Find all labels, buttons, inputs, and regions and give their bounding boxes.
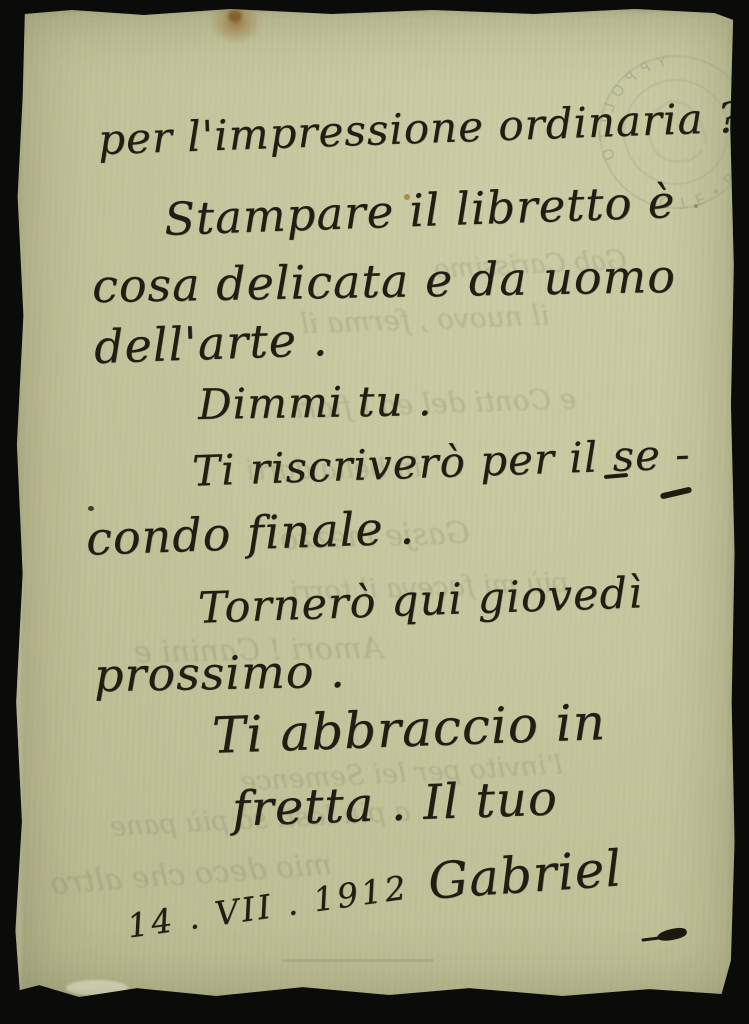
ink-blot <box>656 926 688 943</box>
handwritten-line-11: fretta . Il tuo <box>231 774 558 833</box>
handwritten-line-9: prossimo . <box>94 648 346 698</box>
handwritten-line-7: condo finale . <box>85 504 415 561</box>
speck-mark <box>88 506 94 511</box>
handwritten-line-6: Ti riscriverò per il se - <box>191 433 691 492</box>
signature: Gabriel <box>426 843 623 906</box>
paper-deckle-chip <box>66 980 128 996</box>
handwritten-line-2: Stampare il libretto è <box>163 179 676 242</box>
stain-mark-core <box>228 10 242 22</box>
stain-mark <box>210 2 262 44</box>
handwritten-line-4: dell'arte . <box>93 316 329 370</box>
handwritten-line-5: Dimmi tu . <box>198 380 433 426</box>
handwritten-line-10: Ti abbraccio in <box>211 697 606 761</box>
paper-torn-edge-highlight <box>15 554 21 990</box>
handwritten-line-8: Tornerò qui giovedì <box>197 572 643 630</box>
ink-dash <box>660 486 693 499</box>
photograph-of-letter: YPPOLITO GTE•BNIAO Gab Carissimo il nuov… <box>0 0 749 1024</box>
faint-rule-under-date <box>282 959 434 962</box>
letter-paper-sheet: YPPOLITO GTE•BNIAO Gab Carissimo il nuov… <box>14 8 736 1000</box>
handwritten-line-3: cosa delicata e da uomo <box>92 253 677 309</box>
speck-mark <box>694 204 698 208</box>
